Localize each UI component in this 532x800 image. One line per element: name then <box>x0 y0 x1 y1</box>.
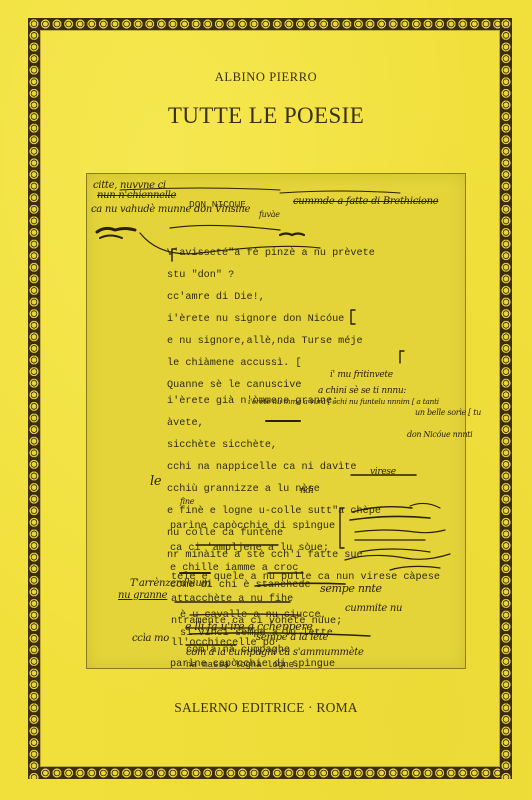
book-title: TUTTE LE POESIE <box>0 103 532 129</box>
author-name: ALBINO PIERRO <box>0 70 532 85</box>
typed-line: parìne capòcchie di spìngue <box>170 659 335 669</box>
manuscript-tail: parìne capòcchie di spìngue <box>86 173 466 669</box>
frame-border-left <box>28 18 40 779</box>
frame-border-bottom <box>28 767 512 779</box>
publisher-name: SALERNO EDITRICE · ROMA <box>0 700 532 716</box>
frame-border-top <box>28 18 512 30</box>
frame-border-right <box>500 18 512 779</box>
